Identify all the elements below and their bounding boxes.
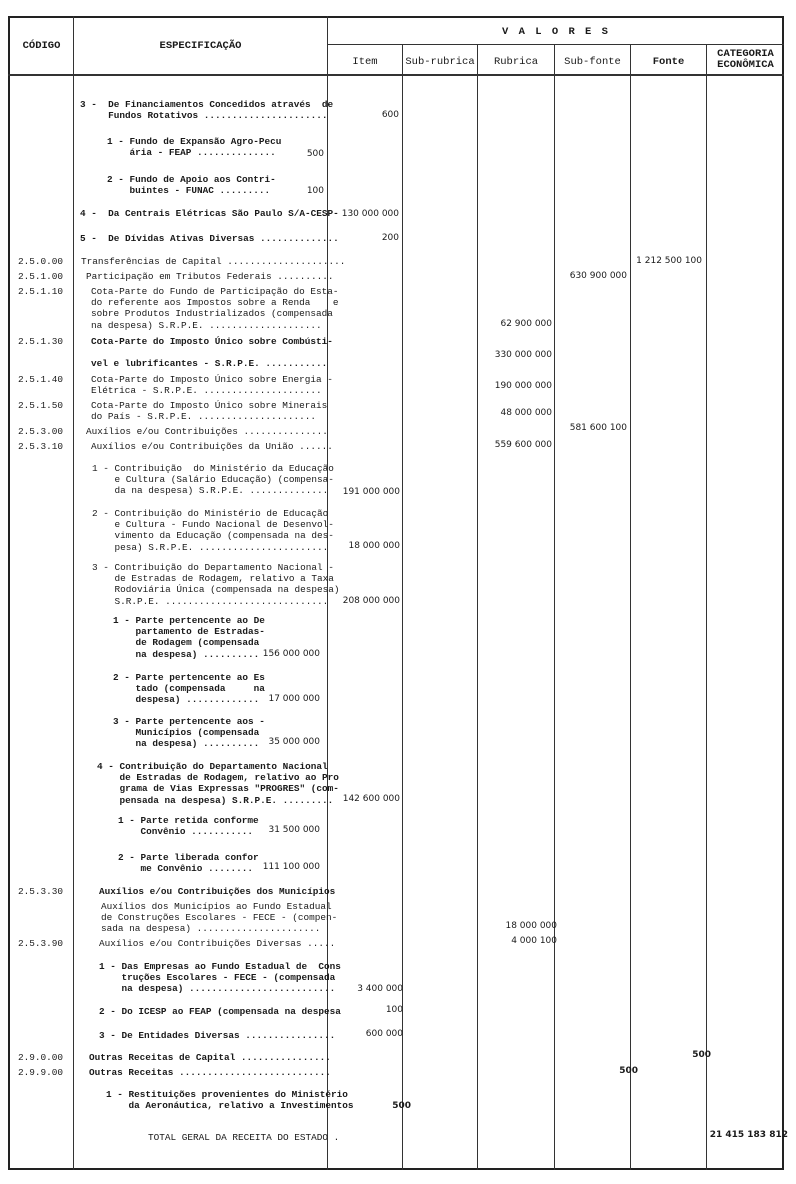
row-code: 2.5.3.00 <box>18 426 70 437</box>
header-codigo: CÓDIGO <box>10 40 73 52</box>
header-fonte: Fonte <box>631 56 706 68</box>
header-categoria: CATEGORIA ECONÔMICA <box>707 49 784 71</box>
item-value: 3 400 000 <box>328 984 403 994</box>
row-spec: Auxílios e/ou Contribuições Diversas ...… <box>99 938 335 949</box>
row-code: 2.9.0.00 <box>18 1052 70 1063</box>
item-value: 500 <box>328 1101 411 1111</box>
item-value: 191 000 000 <box>328 487 400 497</box>
row-spec: Auxílios dos Municípios ao Fundo Estadua… <box>101 901 337 935</box>
header-categoria-line2: ECONÔMICA <box>707 60 784 71</box>
row-spec: Transferências de Capital ..............… <box>81 256 345 267</box>
row-spec: 2 - Parte liberada confor me Convênio ..… <box>118 852 259 874</box>
row-code: 2.5.1.50 <box>18 400 70 411</box>
column-divider <box>73 16 74 1170</box>
subfonte-value: 630 900 000 <box>555 271 627 281</box>
subfonte-value: 581 600 100 <box>555 423 627 433</box>
row-spec: 3 - Contribuição do Departamento Naciona… <box>92 562 340 607</box>
row-code: 2.5.1.30 <box>18 336 70 347</box>
row-code: 2.5.3.90 <box>18 938 70 949</box>
header-sub-fonte: Sub-fonte <box>555 56 630 68</box>
fonte-value: 1 212 500 100 <box>631 256 702 266</box>
row-spec: 4 - Da Centrais Elétricas São Paulo S/A-… <box>80 208 339 219</box>
rubrica-value: 62 900 000 <box>478 319 552 329</box>
item-value: 600 <box>328 110 399 120</box>
item-value: 208 000 000 <box>328 596 400 606</box>
rubrica-value: 559 600 000 <box>478 440 552 450</box>
row-code: 2.5.3.30 <box>18 886 70 897</box>
item-value: 600 000 <box>328 1029 403 1039</box>
item-value: 142 600 000 <box>328 794 400 804</box>
column-divider <box>630 44 631 1170</box>
fonte-value: 500 <box>631 1050 711 1060</box>
item-value: 200 <box>328 233 399 243</box>
row-spec: Cota-Parte do Imposto Único sobre Minera… <box>91 400 327 422</box>
row-spec: Outras Receitas de Capital .............… <box>89 1052 331 1063</box>
row-code: 2.5.0.00 <box>18 256 70 267</box>
header-valores: V A L O R E S <box>328 26 784 38</box>
total-value: 21 415 183 812 <box>707 1130 788 1140</box>
rubrica-value: 190 000 000 <box>478 381 552 391</box>
row-spec: 1 - Parte pertencente ao De partamento d… <box>113 615 265 660</box>
inline-value: 31 500 000 <box>250 825 320 835</box>
header-sub-rubrica: Sub-rubrica <box>403 56 477 68</box>
row-spec: 2 - Parte pertencente ao Es tado (compen… <box>113 672 265 706</box>
row-spec: Auxílios e/ou Contribuições dos Municípi… <box>99 886 335 897</box>
row-code: 2.5.3.10 <box>18 441 70 452</box>
row-spec: 1 - Fundo de Expansão Agro-Pecu ária - F… <box>107 136 281 158</box>
total-label: TOTAL GERAL DA RECEITA DO ESTADO . <box>148 1132 339 1143</box>
header-rubrica: Rubrica <box>478 56 554 68</box>
row-spec: Cota-Parte do Fundo de Participação do E… <box>91 286 339 331</box>
row-spec: 3 - De Entidades Diversas ..............… <box>99 1030 335 1041</box>
item-value: 100 <box>328 1005 403 1015</box>
item-value: 130 000 000 <box>328 209 399 219</box>
row-code: 2.9.9.00 <box>18 1067 70 1078</box>
row-spec: Cota-Parte do Imposto Único sobre Energi… <box>91 374 333 396</box>
row-spec: 1 - Parte retida conforme Convênio .....… <box>118 815 259 837</box>
row-spec: 1 - Das Empresas ao Fundo Estadual de Co… <box>99 961 341 995</box>
rubrica-value: 4 000 100 <box>478 936 557 946</box>
row-spec: Outras Receitas ........................… <box>89 1067 331 1078</box>
row-spec: 2 - Do ICESP ao FEAP (compensada na desp… <box>99 1006 341 1017</box>
inline-value: 156 000 000 <box>250 649 320 659</box>
row-code: 2.5.1.10 <box>18 286 70 297</box>
row-spec: Participação em Tributos Federais ......… <box>86 271 334 282</box>
inline-value: 17 000 000 <box>250 694 320 704</box>
row-spec: 4 - Contribuição do Departamento Naciona… <box>97 761 339 806</box>
row-spec: Auxílios e/ou Contribuições ............… <box>86 426 328 437</box>
row-spec: 3 - Parte pertencente aos - Municípios (… <box>113 716 265 750</box>
rubrica-value: 18 000 000 <box>478 921 557 931</box>
header-divider <box>327 44 784 45</box>
header-item: Item <box>328 56 402 68</box>
row-code: 2.5.1.00 <box>18 271 70 282</box>
row-spec: 2 - Contribuição do Ministério de Educaç… <box>92 508 334 553</box>
column-divider <box>402 44 403 1170</box>
item-value: 18 000 000 <box>328 541 400 551</box>
inline-value: 111 100 000 <box>250 862 320 872</box>
row-spec: 3 - De Financiamentos Concedidos através… <box>80 99 333 121</box>
column-divider <box>706 44 707 1170</box>
row-spec: Auxílios e/ou Contribuições da União ...… <box>91 441 333 452</box>
row-spec: 1 - Restituições provenientes do Ministé… <box>106 1089 354 1111</box>
rubrica-value: 330 000 000 <box>478 350 552 360</box>
subfonte-value: 500 <box>555 1066 638 1076</box>
inline-value: 35 000 000 <box>250 737 320 747</box>
row-spec: Cota-Parte do Imposto Único sobre Combús… <box>91 336 333 370</box>
column-divider <box>477 44 478 1170</box>
inline-value: 500 <box>260 149 324 159</box>
row-spec: 5 - De Dívidas Ativas Diversas .........… <box>80 233 339 244</box>
header-bottom-rule <box>8 74 784 76</box>
row-code: 2.5.1.40 <box>18 374 70 385</box>
column-divider <box>554 44 555 1170</box>
header-especificacao: ESPECIFICAÇÃO <box>74 40 327 52</box>
rubrica-value: 48 000 000 <box>478 408 552 418</box>
row-spec: 2 - Fundo de Apoio aos Contri- buintes -… <box>107 174 276 196</box>
row-spec: 1 - Contribuição do Ministério da Educaç… <box>92 463 334 497</box>
inline-value: 100 <box>260 186 324 196</box>
